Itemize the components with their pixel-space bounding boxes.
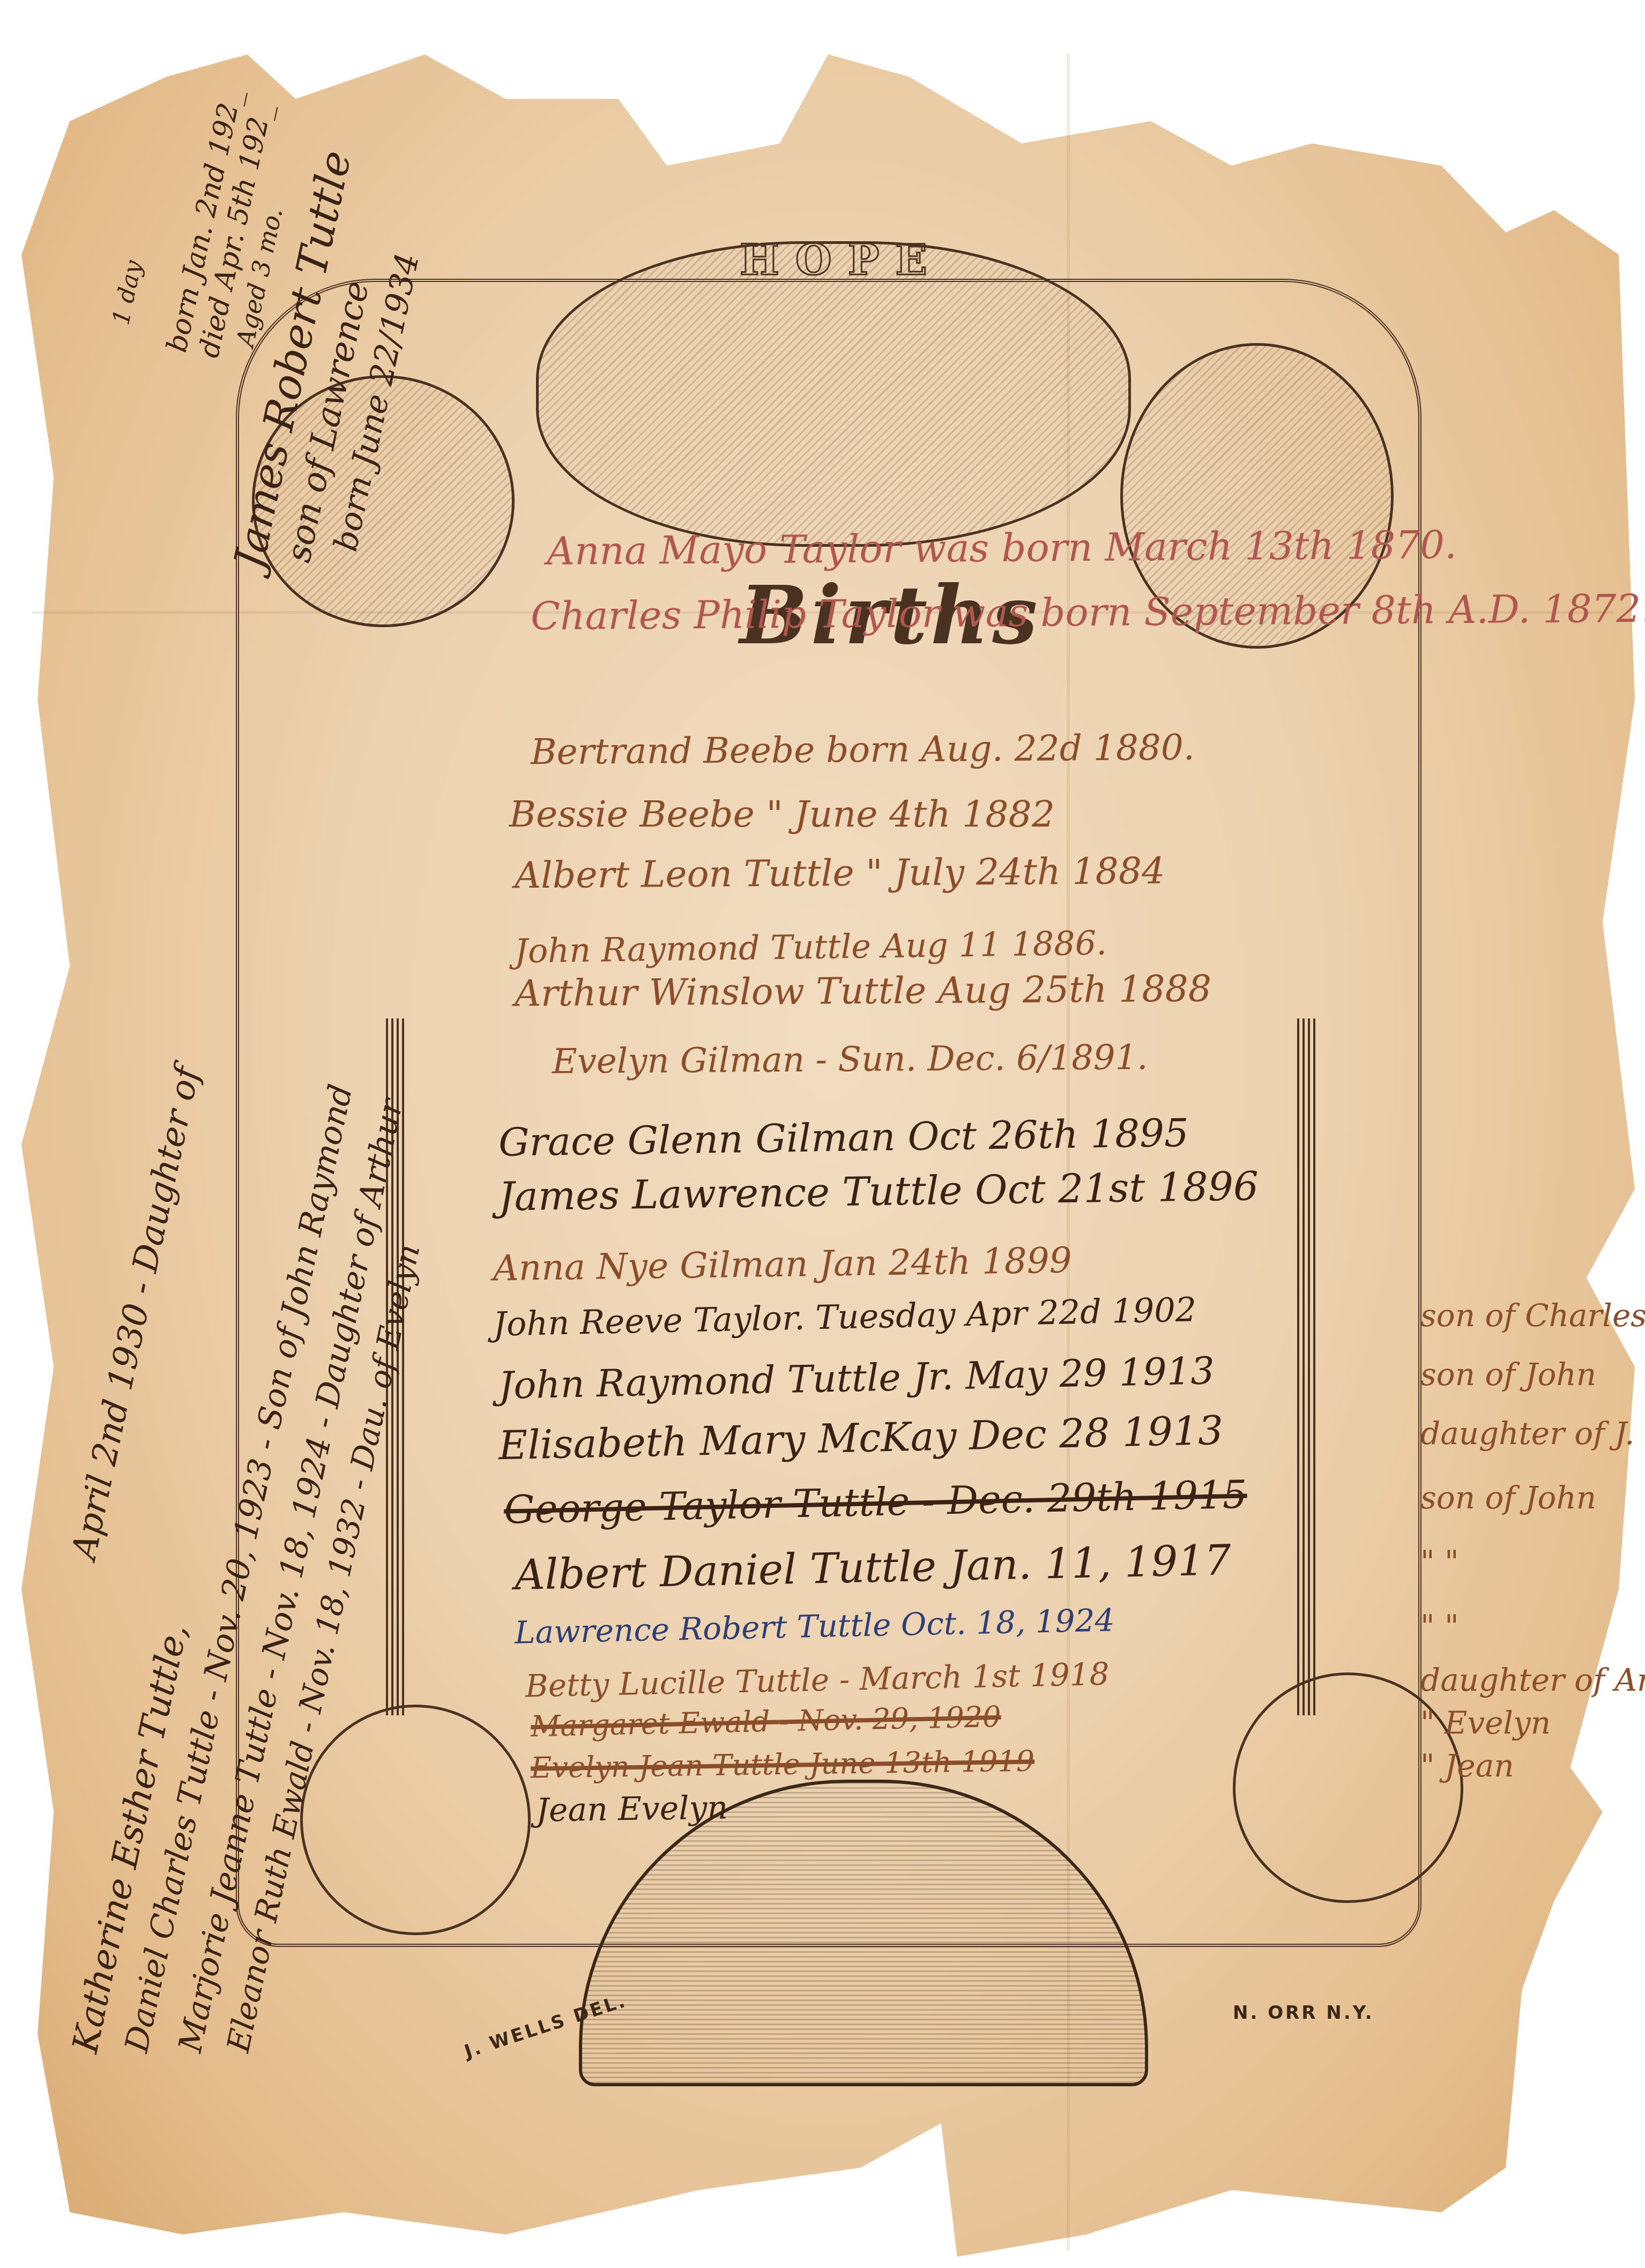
entry-date: - Nov. 29, 1920	[779, 1700, 1001, 1738]
entry-date: Oct 21st 1896	[974, 1163, 1259, 1213]
entry-date: born Aug. 22d 1880.	[826, 727, 1195, 771]
entry-name: Anna Mayo Taylor	[547, 526, 913, 574]
entry-name: Bertrand Beebe	[531, 729, 827, 772]
birth-entry: John Raymond Tuttle Aug 11 1886.	[515, 923, 1107, 970]
birth-entry: Grace Glenn Gilman Oct 26th 1895	[498, 1110, 1189, 1165]
entry-name: Evelyn Gilman	[552, 1040, 816, 1081]
entry-name: James Lawrence Tuttle	[498, 1167, 975, 1219]
entry-date: was born March 13th 1870.	[913, 522, 1457, 571]
entry-date: Dec 28 1913	[969, 1408, 1224, 1459]
birth-entry: Anna Nye Gilman Jan 24th 1899	[493, 1239, 1073, 1289]
engraver-credit-right: N. ORR N.Y.	[1233, 2002, 1374, 2024]
relationship-note: " Jean	[1420, 1748, 1514, 1784]
entry-date: " July 24th 1884	[866, 850, 1165, 895]
entry-date: - Sun. Dec. 6/1891.	[815, 1038, 1148, 1080]
relationship-note: " "	[1420, 1608, 1459, 1645]
entry-name: Betty Lucille Tuttle	[525, 1661, 839, 1704]
entry-date: Jan 24th 1899	[819, 1239, 1072, 1284]
entry-date: Oct. 18, 1924	[900, 1602, 1115, 1642]
relationship-note: son of Charles	[1420, 1297, 1645, 1334]
birth-entry: Anna Mayo Taylor was born March 13th 187…	[547, 522, 1457, 574]
birth-entry: Bertrand Beebe born Aug. 22d 1880.	[531, 727, 1195, 773]
entry-name: Grace Glenn Gilman	[498, 1114, 908, 1165]
entry-date: Oct 26th 1895	[907, 1110, 1189, 1159]
entry-name: Bessie Beebe	[509, 793, 766, 836]
entry-date: Aug 25th 1888	[937, 968, 1211, 1012]
entry-date: Aug 11 1886.	[881, 923, 1107, 965]
birth-entry: Jean Evelyn	[536, 1789, 728, 1830]
relationship-note: son of John	[1420, 1356, 1596, 1393]
relationship-note: daughter of J.	[1420, 1415, 1634, 1452]
birth-entry: Bessie Beebe " June 4th 1882	[509, 793, 1055, 836]
entry-date: - Dec. 29th 1915	[921, 1471, 1247, 1523]
entry-date: Tuesday Apr 22d 1902	[815, 1290, 1196, 1337]
relationship-note: son of John	[1420, 1479, 1596, 1516]
entry-name: Anna Nye Gilman	[493, 1243, 820, 1289]
birth-entry: Evelyn Gilman - Sun. Dec. 6/1891.	[552, 1038, 1148, 1082]
entry-name: Elisabeth Mary McKay	[498, 1413, 970, 1469]
entry-name: Albert Daniel Tuttle	[514, 1542, 950, 1600]
entry-date: June 13th 1919	[809, 1744, 1034, 1781]
entry-name: Margaret Ewald	[530, 1704, 779, 1743]
entry-date: May 29 1913	[965, 1349, 1215, 1398]
floral-medallion-left	[300, 1705, 531, 1935]
birth-entry: Arthur Winslow Tuttle Aug 25th 1888	[515, 968, 1212, 1015]
birth-entry: Albert Leon Tuttle " July 24th 1884	[515, 850, 1165, 897]
entry-name: Charles Philip Taylor	[531, 591, 952, 638]
couple-portrait-vignette	[536, 241, 1131, 547]
frame-pillar-right	[1297, 1018, 1315, 1715]
entry-name: Albert Leon Tuttle	[515, 852, 866, 897]
entry-date: - March 1st 1918	[839, 1656, 1110, 1698]
entry-name: John Reeve Taylor.	[493, 1298, 816, 1344]
hope-banner: HOPE	[740, 236, 943, 285]
entry-date: Jan. 11, 1917	[949, 1536, 1232, 1590]
entry-name: George Taylor Tuttle	[503, 1478, 922, 1532]
entry-date: was born September 8th A.D. 1872.	[952, 586, 1645, 636]
relationship-note: " Evelyn	[1420, 1705, 1551, 1741]
birth-entry: Charles Philip Taylor was born September…	[531, 586, 1645, 639]
birth-entry: Evelyn Jean Tuttle June 13th 1919	[531, 1744, 1035, 1784]
entry-name: Jean Evelyn	[536, 1789, 728, 1830]
entry-name: Arthur Winslow Tuttle	[515, 970, 938, 1015]
entry-name: Evelyn Jean Tuttle	[531, 1747, 810, 1784]
relationship-note: daughter of Arthur	[1420, 1662, 1645, 1698]
entry-name: John Raymond Tuttle	[515, 926, 882, 971]
relationship-note: " "	[1420, 1544, 1459, 1580]
entry-date: " June 4th 1882	[766, 793, 1055, 836]
